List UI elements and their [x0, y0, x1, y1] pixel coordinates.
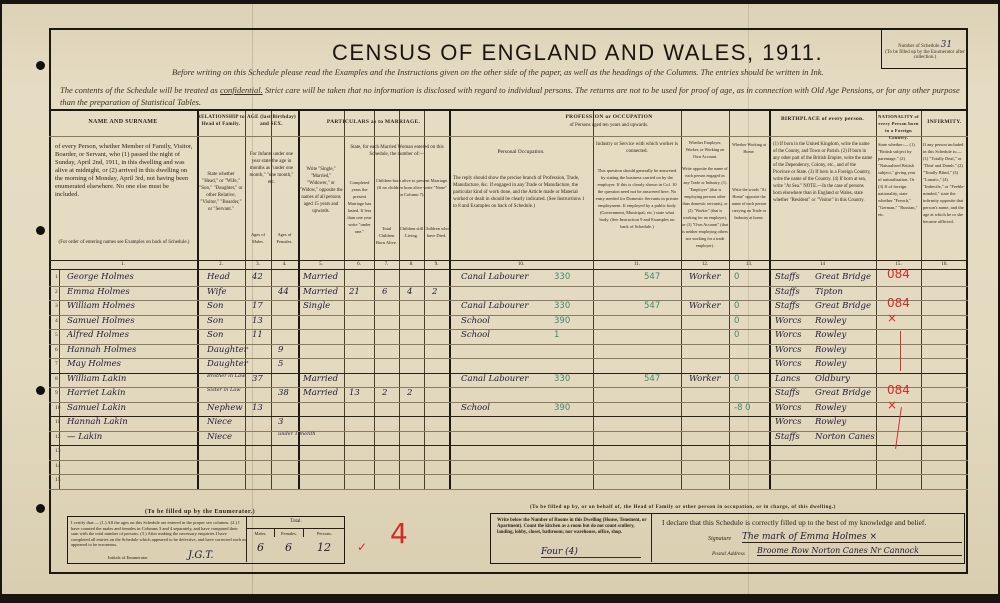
cell-name: Harriet Lakin: [67, 388, 126, 398]
column-number: 6.: [344, 262, 374, 267]
cell-years: 21: [349, 287, 360, 297]
cell-male: 13: [252, 403, 263, 413]
schedule-label: Number of Schedule: [898, 44, 939, 49]
cell-occ: School: [461, 403, 490, 413]
cell-living: 4: [407, 287, 412, 297]
table-row: 3William HolmesSon17SingleCanal Labourer…: [49, 300, 968, 316]
check-mark: ✓: [357, 540, 367, 554]
confidential-text: The contents of the Schedule will be tre…: [60, 85, 218, 95]
census-table: NAME AND SURNAME of every Person, whethe…: [49, 109, 968, 487]
cell-home: 0: [734, 272, 739, 282]
column-number: 10.: [449, 262, 593, 267]
table-row: 15: [49, 474, 968, 490]
row-number: 9: [55, 390, 58, 396]
head-box: Write below the Number of Rooms in this …: [490, 513, 965, 564]
cell-town: Rowley: [815, 417, 846, 427]
row-number: 2: [55, 289, 58, 295]
cell-rel: Son: [207, 316, 223, 326]
cell-female: 3: [278, 417, 283, 427]
cell-years: 13: [349, 388, 360, 398]
cell-male: 13: [252, 316, 263, 326]
column-number: 1.: [49, 262, 197, 267]
table-row: 8William LakinBrother in Law37MarriedCan…: [49, 373, 968, 389]
initials-label: Initials of Enumerator: [108, 555, 148, 560]
cell-emp: Worker: [689, 301, 721, 311]
declaration-section: I declare that this Schedule is correctl…: [651, 514, 964, 562]
header-age-desc: For Infants under one year state the age…: [247, 151, 296, 186]
table-row: 10Samuel LakinNephew13School390-8 0Worcs…: [49, 402, 968, 418]
header-birthplace-desc: (1) If born in the United Kingdom, write…: [773, 141, 873, 204]
cell-rel: Nephew: [207, 403, 243, 413]
confidential-word: confidential.: [220, 85, 263, 95]
cell-county: Staffs: [775, 287, 800, 297]
cell-town: Oldbury: [815, 374, 850, 384]
cell-born: 6: [382, 287, 387, 297]
cell-home: 0: [734, 330, 739, 340]
header-infirmity-desc: If any person included in this Schedule …: [923, 141, 967, 225]
males-label: Males.: [247, 528, 274, 537]
cell-born: 2: [382, 388, 387, 398]
signature-value: The mark of Emma Holmes ×: [742, 532, 962, 543]
cell-rel: Head: [207, 272, 230, 282]
cell-occ-code: 390: [554, 403, 570, 413]
header-industry-desc: This question should generally be answer…: [595, 167, 679, 230]
row-number: 15: [55, 477, 61, 483]
column-number: 9.: [424, 262, 449, 267]
cell-county: Worcs: [775, 330, 801, 340]
rooms-instructions: Write below the Number of Rooms in this …: [497, 518, 647, 536]
table-row: 6Hannah HolmesDaughter9WorcsRowley: [49, 344, 968, 360]
cell-rel: Wife: [207, 287, 226, 297]
header-marriage-years: Completed years the present Marriage has…: [345, 179, 374, 235]
cell-rel: Niece: [207, 432, 232, 442]
census-schedule-paper: CENSUS OF ENGLAND AND WALES, 1911. Befor…: [2, 4, 998, 594]
cell-occ-code: 330: [554, 374, 570, 384]
cell-cond: Married: [303, 374, 338, 384]
header-age: AGE (last Birthday) and SEX.: [245, 114, 298, 128]
females-total: 6: [274, 541, 303, 554]
header-birthplace: BIRTHPLACE of every person.: [769, 116, 876, 123]
schedule-number: 31: [941, 40, 952, 50]
column-number: 13.: [729, 262, 769, 267]
cell-female: 44: [278, 287, 289, 297]
cell-female: 5: [278, 359, 283, 369]
cell-ind-code: 547: [644, 301, 660, 311]
cell-cond: Married: [303, 287, 338, 297]
header-name: NAME AND SURNAME: [49, 119, 197, 126]
row-number: 13: [55, 448, 61, 454]
cell-rel: Son: [207, 301, 223, 311]
cell-cond: Married: [303, 272, 338, 282]
cell-name: Hannah Holmes: [67, 345, 136, 355]
cell-name: — Lakin: [67, 432, 102, 442]
cell-town: Tipton: [815, 287, 843, 297]
header-children-living: Children still Living.: [399, 225, 424, 239]
header-name-note: (For order of entering names see Example…: [55, 239, 193, 246]
cell-rel: Niece: [207, 417, 232, 427]
cell-name: Samuel Lakin: [67, 403, 126, 413]
cell-home: 0: [734, 301, 739, 311]
cell-town: Rowley: [815, 403, 846, 413]
enumerator-certify: I certify that:— (1.) All the ages on th…: [71, 520, 246, 548]
persons-label: Persons.: [303, 528, 345, 537]
enumerator-note: (To be filled up by the Enumerator.): [145, 509, 255, 515]
cell-male: 11: [252, 330, 263, 340]
table-row: 13: [49, 445, 968, 461]
column-number: 5.: [298, 262, 344, 267]
cell-rel: Brother in Law: [207, 374, 245, 379]
header-divider: [49, 260, 968, 261]
header-relationship-desc: State whether "Head," or "Wife," "Son," …: [199, 171, 243, 213]
cell-ind-code: 547: [644, 272, 660, 282]
row-number: 1: [55, 274, 58, 280]
header-relationship: RELATIONSHIP to Head of Family.: [197, 114, 245, 128]
cell-town: Great Bridge: [815, 272, 871, 282]
column-number: 16.: [921, 262, 968, 267]
header-nationality: NATIONALITY of every Person born in a Fo…: [876, 113, 921, 141]
header-industry: Industry or Service with which worker is…: [595, 141, 679, 155]
cell-cond: Single: [303, 301, 330, 311]
enumerator-box: I certify that:— (1.) All the ages on th…: [67, 516, 345, 564]
row-number: 14: [55, 463, 61, 469]
females-label: Females.: [274, 528, 303, 537]
binding-hole: [36, 504, 45, 513]
cell-county: Lancs: [775, 374, 800, 384]
cell-ind-code: 547: [644, 374, 660, 384]
cell-town: Rowley: [815, 359, 846, 369]
head-note: (To be filled up by, or on behalf of, th…: [530, 505, 836, 510]
cell-home: 0: [734, 316, 739, 326]
table-row: 9Harriet LakinSister in Law38Married1322…: [49, 387, 968, 403]
column-number: 2.: [197, 262, 245, 267]
cell-name: Alfred Holmes: [67, 330, 129, 340]
declaration-text: I declare that this Schedule is correctl…: [662, 518, 926, 527]
red-room-count: 4: [390, 517, 408, 550]
header-children-died: Children who have Died.: [424, 225, 449, 239]
cell-name: Emma Holmes: [67, 287, 130, 297]
cell-female: under 1 month: [278, 432, 316, 437]
cell-occ: Canal Labourer: [461, 301, 528, 311]
cell-county: Staffs: [775, 301, 800, 311]
header-marriage-children: Children born alive to present Marriage.…: [375, 177, 449, 198]
cell-town: Great Bridge: [815, 388, 871, 398]
row-number: 10: [55, 405, 61, 411]
header-employer: Whether Employer, Worker, or Working on …: [682, 139, 728, 160]
cell-name: Hannah Lakin: [67, 417, 128, 427]
cell-county: Worcs: [775, 403, 801, 413]
postal-address: Broome Row Norton Canes Nr Cannock: [757, 546, 962, 556]
rooms-value: Four (4): [541, 547, 641, 558]
cell-died: 2: [432, 287, 437, 297]
cell-emp: Worker: [689, 374, 721, 384]
table-row: 11Hannah LakinNiece3WorcsRowley: [49, 416, 968, 432]
cell-home: 0: [734, 374, 739, 384]
cell-name: May Holmes: [67, 359, 121, 369]
confidentiality-notice: The contents of the Schedule will be tre…: [60, 84, 960, 108]
cell-nat: ×: [887, 311, 897, 325]
cell-cond: Married: [303, 388, 338, 398]
header-marriage-state: State, for each Married Woman entered on…: [346, 144, 448, 158]
header-total-children: Total Children Born Alive.: [374, 225, 399, 246]
cell-male: 17: [252, 301, 263, 311]
row-number: 3: [55, 303, 58, 309]
cell-occ: School: [461, 330, 490, 340]
row-number: 6: [55, 347, 58, 353]
cell-county: Staffs: [775, 388, 800, 398]
cell-occ-code: 330: [554, 272, 570, 282]
header-profession: PROFESSION or OCCUPATION: [449, 114, 769, 121]
header-divider: [49, 269, 968, 270]
binding-hole: [36, 61, 45, 70]
totals-label: Total.: [247, 519, 345, 524]
header-age-males: Ages of Males.: [245, 231, 271, 245]
cell-name: William Lakin: [67, 374, 126, 384]
header-marriage: PARTICULARS as to MARRIAGE.: [298, 119, 449, 126]
males-total: 6: [247, 541, 274, 554]
cell-occ-code: 390: [554, 316, 570, 326]
table-row: 12— LakinNieceunder 1 monthStaffsNorton …: [49, 431, 968, 447]
column-number: 8.: [399, 262, 424, 267]
header-profession-sub: of Persons aged ten years and upwards.: [449, 122, 769, 129]
table-row: 5Alfred HolmesSon11School10WorcsRowley: [49, 329, 968, 345]
cell-occ-code: 1: [554, 330, 559, 340]
header-personal-desc: The reply should show the precise branch…: [453, 175, 589, 210]
column-number: 12.: [681, 262, 729, 267]
table-row: 2Emma HolmesWife44Married21642StaffsTipt…: [49, 286, 968, 302]
cell-male: 42: [252, 272, 263, 282]
header-employer-desc: Write opposite the name of each person e…: [682, 165, 728, 249]
address-label: Postal Address: [712, 551, 745, 557]
header-name-desc: of every Person, whether Member of Famil…: [55, 143, 193, 199]
instructions-line: Before writing on this Schedule please r…: [172, 67, 824, 77]
cell-name: Samuel Holmes: [67, 316, 135, 326]
cell-occ-code: 330: [554, 301, 570, 311]
cell-county: Worcs: [775, 316, 801, 326]
header-nationality-desc: State whether:— (1) "British subject by …: [878, 141, 920, 218]
row-number: 11: [55, 419, 60, 425]
cell-female: 9: [278, 345, 283, 355]
table-row: 4Samuel HolmesSon13School3900WorcsRowley…: [49, 315, 968, 331]
cell-nat: 084: [887, 296, 910, 310]
cell-name: William Holmes: [67, 301, 135, 311]
cell-occ: School: [461, 316, 490, 326]
cell-town: Rowley: [815, 330, 846, 340]
cell-county: Worcs: [775, 417, 801, 427]
header-divider: [49, 136, 968, 137]
signature-label: Signature: [708, 536, 731, 542]
schedule-number-box: Number of Schedule 31 (To be filled up b…: [881, 28, 968, 69]
totals-box: Total. Males. Females. Persons. 6 6 12: [246, 517, 344, 562]
header-personal-occupation: Personal Occupation.: [449, 149, 593, 156]
column-number: 3.: [245, 262, 271, 267]
row-number: 8: [55, 376, 58, 382]
binding-hole: [36, 386, 45, 395]
cell-county: Staffs: [775, 432, 800, 442]
persons-total: 12: [303, 541, 345, 554]
header-infirmity: INFIRMITY.: [921, 119, 968, 126]
cell-town: Great Bridge: [815, 301, 871, 311]
enumerator-initials: J.G.T.: [188, 550, 214, 561]
column-number: 14: [769, 262, 876, 267]
cell-rel: Son: [207, 330, 223, 340]
cell-town: Rowley: [815, 316, 846, 326]
row-number: 4: [55, 318, 58, 324]
cell-male: 37: [252, 374, 263, 384]
cell-occ: Canal Labourer: [461, 374, 528, 384]
cell-living: 2: [407, 388, 412, 398]
cell-county: Worcs: [775, 345, 801, 355]
row-line: [49, 489, 968, 490]
column-number: 7.: [374, 262, 399, 267]
cell-rel: Daughter: [207, 359, 248, 369]
column-number: 11.: [593, 262, 681, 267]
cell-nat: 084: [887, 267, 910, 281]
header-marriage-condition: Write "Single," "Married," "Widower," or…: [299, 166, 343, 215]
cell-county: Worcs: [775, 359, 801, 369]
cell-nat: 084: [887, 383, 910, 397]
cell-town: Rowley: [815, 345, 846, 355]
cell-home: -8 0: [734, 403, 751, 413]
table-row: 14: [49, 460, 968, 476]
cell-female: 38: [278, 388, 289, 398]
schedule-note: (To be filled up by the Enumerator after…: [885, 50, 965, 60]
cell-name: George Holmes: [67, 272, 134, 282]
header-age-females: Ages of Females.: [271, 231, 298, 245]
cell-county: Staffs: [775, 272, 800, 282]
cell-occ: Canal Labourer: [461, 272, 528, 282]
header-home: Whether Working at Home.: [730, 141, 768, 155]
table-row: 1George HolmesHead42MarriedCanal Laboure…: [49, 271, 968, 287]
table-row: 7May HolmesDaughter5WorcsRowley: [49, 358, 968, 374]
cell-nat: ×: [887, 398, 897, 412]
cell-town: Norton Canes: [815, 432, 875, 442]
cell-rel: Sister in Law: [207, 388, 241, 393]
header-home-desc: Write the words "At Home" opposite the n…: [730, 186, 768, 221]
column-number: 4.: [271, 262, 298, 267]
row-number: 7: [55, 361, 58, 367]
cell-rel: Daughter: [207, 345, 248, 355]
cell-emp: Worker: [689, 272, 721, 282]
binding-hole: [36, 226, 45, 235]
row-number: 5: [55, 332, 58, 338]
row-number: 12: [55, 434, 61, 440]
page-title: CENSUS OF ENGLAND AND WALES, 1911.: [332, 40, 823, 66]
annotation-line: [900, 331, 901, 371]
